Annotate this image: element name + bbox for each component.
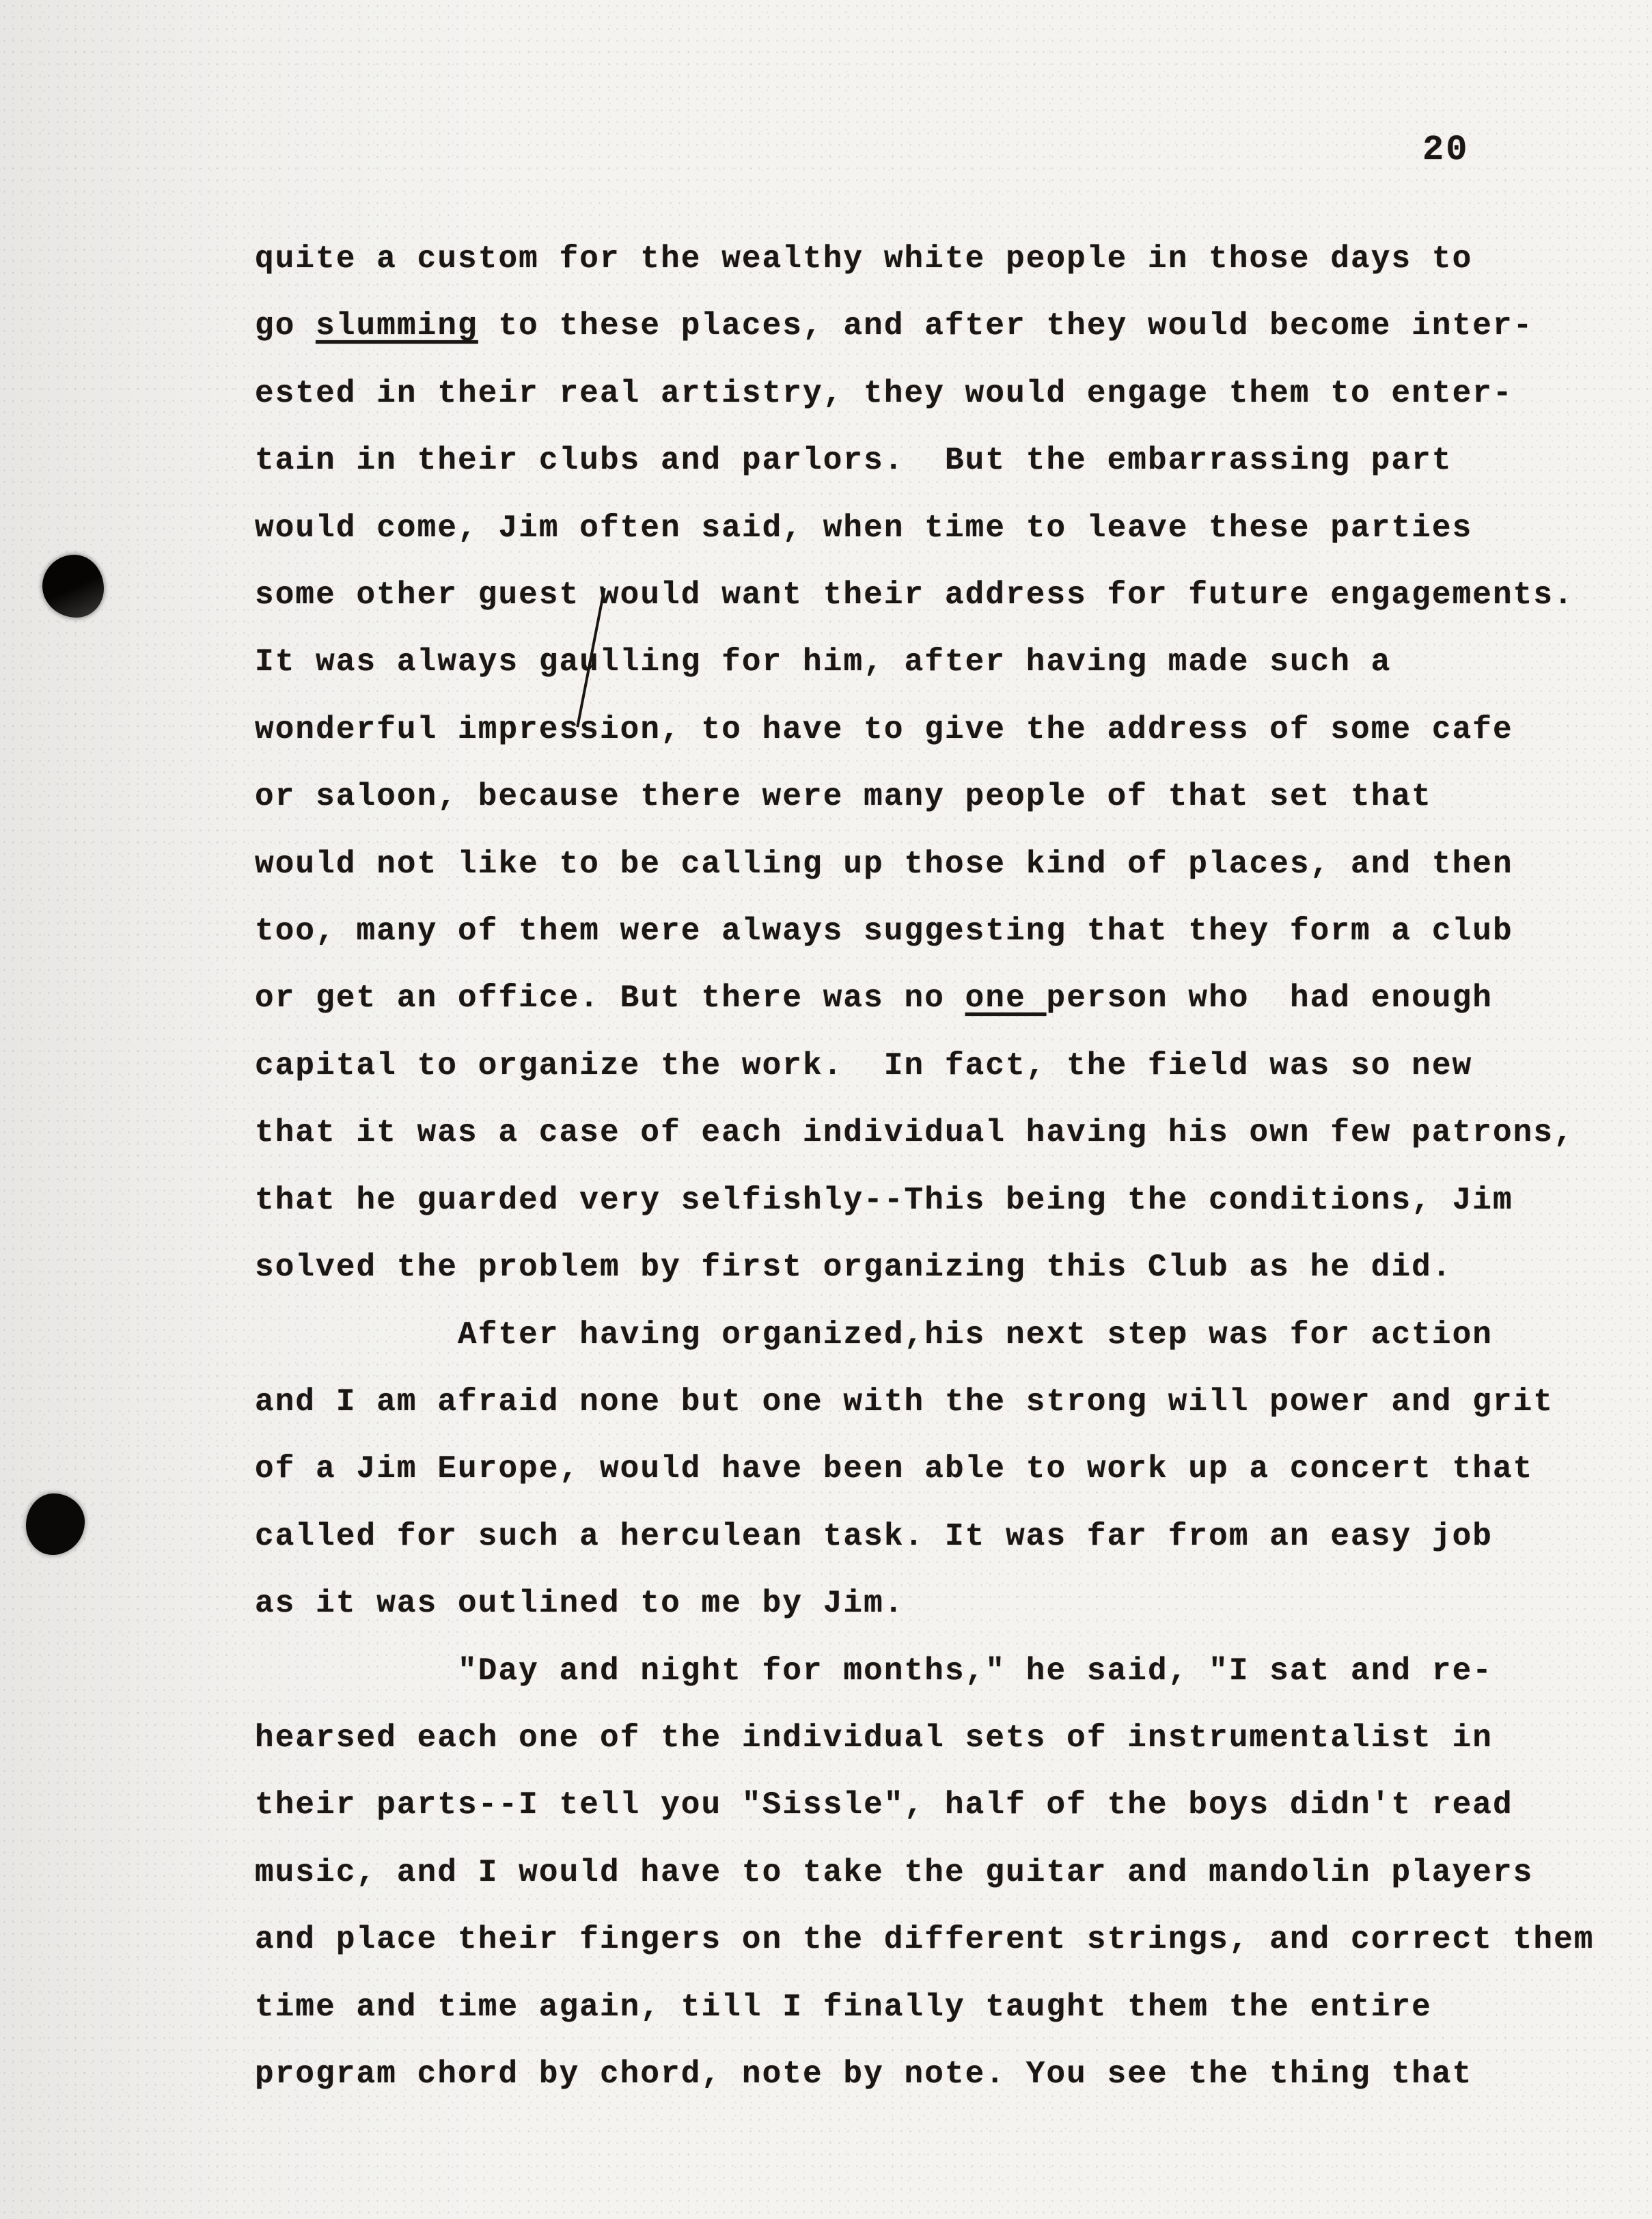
text-segment: music, and I would have to take the guit…: [255, 1855, 1533, 1890]
text-line: of a Jim Europe, would have been able to…: [255, 1435, 1595, 1502]
text-segment: their parts--I tell you "Sissle", half o…: [255, 1787, 1513, 1823]
text-segment: that it was a case of each individual ha…: [255, 1115, 1574, 1150]
text-segment: called for such a herculean task. It was…: [255, 1519, 1493, 1554]
ink-blot-lower: [26, 1493, 85, 1555]
text-line: solved the problem by first organizing t…: [255, 1234, 1595, 1301]
text-segment: too, many of them were always suggesting…: [255, 913, 1513, 949]
text-line: some other guest would want their addres…: [255, 562, 1595, 629]
text-line: wonderful impression, to have to give th…: [255, 696, 1595, 763]
page-number: 20: [1422, 130, 1469, 170]
text-line: ested in their real artistry, they would…: [255, 360, 1595, 427]
text-segment: wonderful impression, to have to give th…: [255, 712, 1513, 747]
text-line: go slumming to these places, and after t…: [255, 292, 1595, 359]
text-segment: and place their fingers on the different…: [255, 1922, 1595, 1957]
text-line: and I am afraid none but one with the st…: [255, 1368, 1595, 1435]
text-line: After having organized,his next step was…: [255, 1301, 1595, 1368]
text-segment: go: [255, 308, 316, 344]
text-segment: program chord by chord, note by note. Yo…: [255, 2056, 1472, 2092]
text-line: as it was outlined to me by Jim.: [255, 1570, 1595, 1637]
text-line: called for such a herculean task. It was…: [255, 1503, 1595, 1570]
text-segment: After having organized,his next step was…: [255, 1317, 1493, 1353]
text-segment: that he guarded very selfishly--This bei…: [255, 1183, 1513, 1218]
text-line: their parts--I tell you "Sissle", half o…: [255, 1772, 1595, 1838]
text-line: It was always gaulling for him, after ha…: [255, 629, 1595, 695]
text-segment: and I am afraid none but one with the st…: [255, 1384, 1554, 1420]
underlined-text: slumming: [316, 308, 478, 344]
ink-blot-upper: [42, 555, 104, 618]
text-segment: "Day and night for months," he said, "I …: [255, 1653, 1493, 1689]
text-line: "Day and night for months," he said, "I …: [255, 1638, 1595, 1705]
text-line: tain in their clubs and parlors. But the…: [255, 427, 1595, 494]
text-segment: tain in their clubs and parlors. But the…: [255, 443, 1453, 478]
text-segment: of a Jim Europe, would have been able to…: [255, 1451, 1533, 1487]
text-segment: some other guest would want their addres…: [255, 577, 1574, 613]
text-line: that it was a case of each individual ha…: [255, 1099, 1595, 1166]
text-block: quite a custom for the wealthy white peo…: [255, 225, 1595, 2108]
text-line: hearsed each one of the individual sets …: [255, 1705, 1595, 1772]
text-line: and place their fingers on the different…: [255, 1906, 1595, 1973]
text-line: that he guarded very selfishly--This bei…: [255, 1167, 1595, 1234]
text-line: would not like to be calling up those ki…: [255, 831, 1595, 898]
text-segment: person who had enough: [1047, 980, 1493, 1016]
manuscript-page: 20 quite a custom for the wealthy white …: [0, 0, 1652, 2219]
text-line: time and time again, till I finally taug…: [255, 1974, 1595, 2041]
text-segment: to these places, and after they would be…: [478, 308, 1534, 344]
text-segment: capital to organize the work. In fact, t…: [255, 1048, 1472, 1084]
underlined-text: one: [965, 980, 1047, 1016]
text-line: or saloon, because there were many peopl…: [255, 763, 1595, 830]
text-segment: It was always ga: [255, 644, 579, 680]
text-segment: ested in their real artistry, they would…: [255, 376, 1513, 411]
text-segment: or saloon, because there were many peopl…: [255, 779, 1432, 814]
text-segment: solved the problem by first organizing t…: [255, 1250, 1453, 1285]
text-segment: or get an office. But there was no: [255, 980, 965, 1016]
text-segment: would come, Jim often said, when time to…: [255, 510, 1472, 546]
text-line: too, many of them were always suggesting…: [255, 898, 1595, 965]
text-segment: quite a custom for the wealthy white peo…: [255, 241, 1472, 277]
text-segment: lling for him, after having made such a: [600, 644, 1391, 680]
text-line: quite a custom for the wealthy white peo…: [255, 225, 1595, 292]
struck-out-character: u: [579, 629, 600, 695]
text-segment: as it was outlined to me by Jim.: [255, 1586, 905, 1621]
text-segment: hearsed each one of the individual sets …: [255, 1720, 1493, 1756]
text-line: program chord by chord, note by note. Yo…: [255, 2041, 1595, 2108]
text-line: would come, Jim often said, when time to…: [255, 495, 1595, 562]
text-segment: time and time again, till I finally taug…: [255, 1989, 1432, 2025]
text-segment: would not like to be calling up those ki…: [255, 846, 1513, 882]
text-line: capital to organize the work. In fact, t…: [255, 1032, 1595, 1099]
text-line: or get an office. But there was no one p…: [255, 965, 1595, 1032]
text-line: music, and I would have to take the guit…: [255, 1839, 1595, 1906]
